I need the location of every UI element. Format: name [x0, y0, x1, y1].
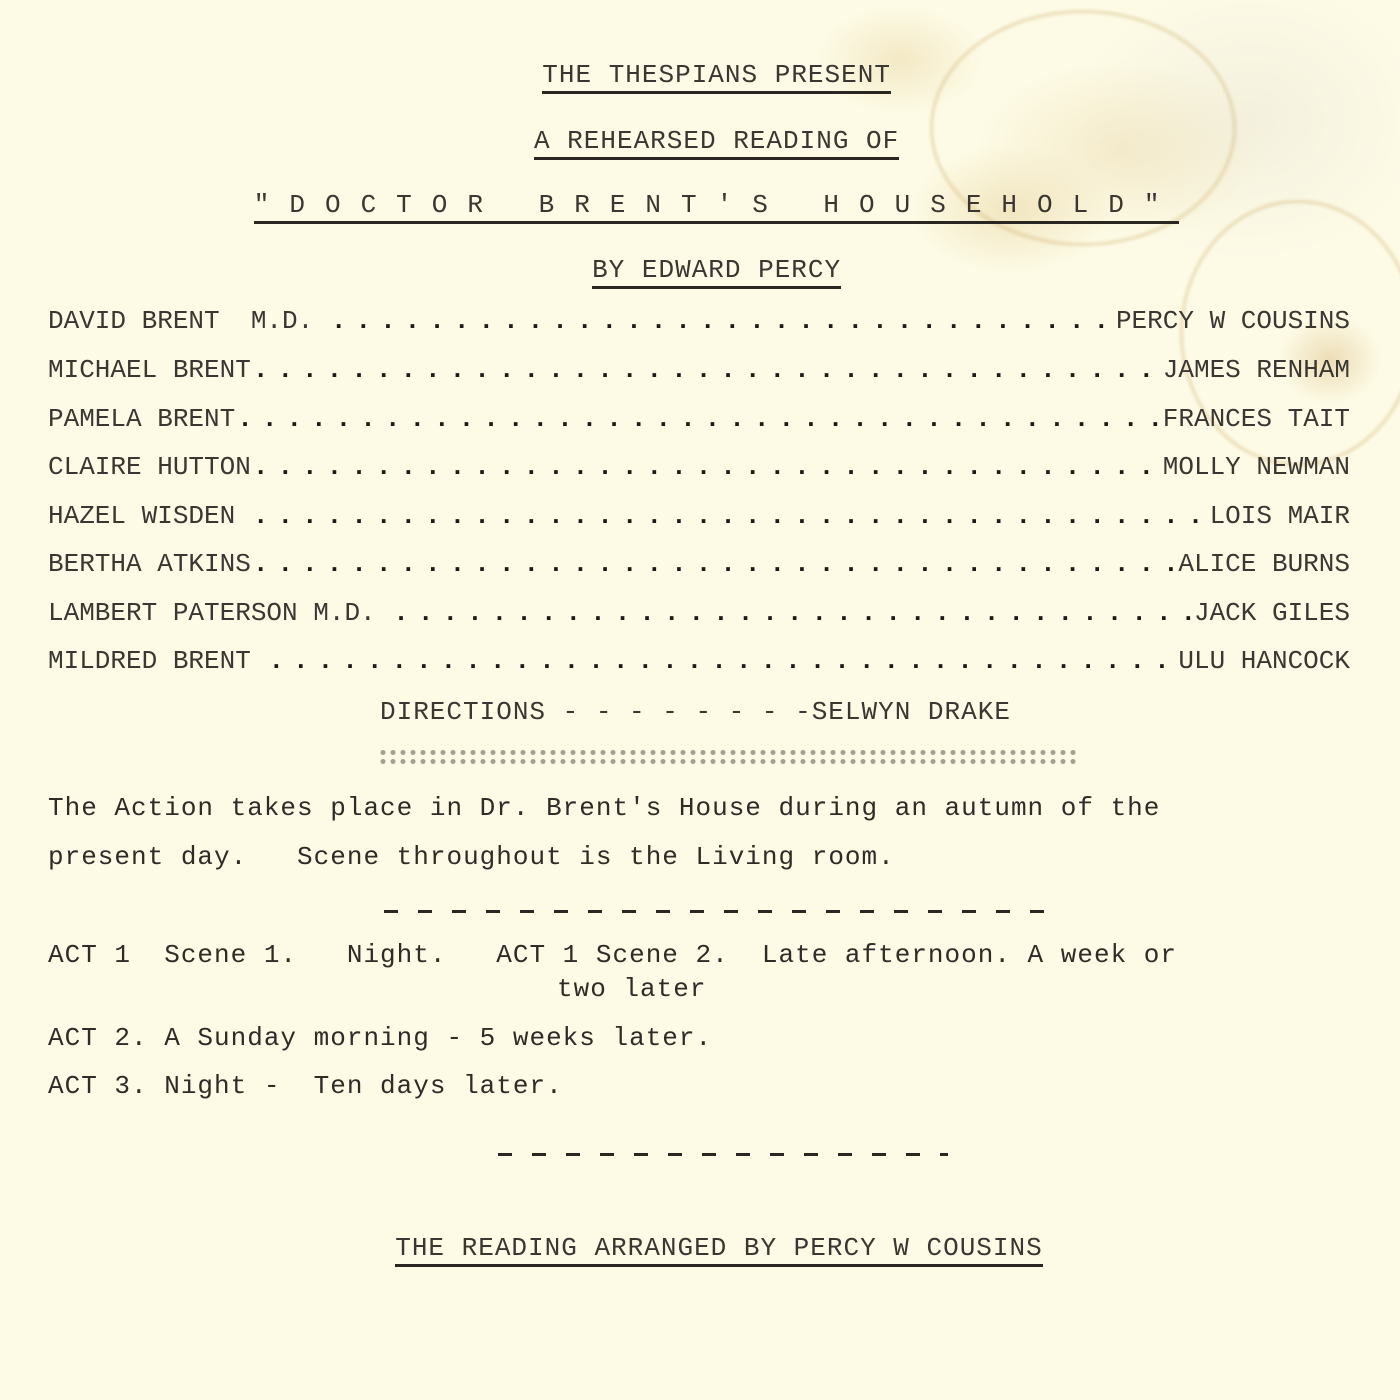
actor-name: JAMES RENHAM [1163, 355, 1350, 385]
credit-line: THE READING ARRANGED BY PERCY W COUSINS [362, 1203, 1043, 1267]
dot-leader: ........................................… [268, 646, 1176, 676]
directions-label: DIRECTIONS [380, 697, 546, 727]
subtitle-heading: A REHEARSED READING OF [534, 128, 899, 160]
presenter-heading: THE THESPIANS PRESENT [542, 62, 891, 94]
actor-name: FRANCES TAIT [1163, 404, 1350, 434]
play-title: "DOCTOR BRENT'S HOUSEHOLD" [254, 192, 1180, 224]
actor-name: MOLLY NEWMAN [1163, 452, 1350, 482]
cast-row: MICHAEL BRENT ..........................… [48, 355, 1350, 389]
role-name: PAMELA BRENT [48, 404, 235, 434]
role-name: CLAIRE HUTTON [48, 452, 251, 482]
cast-row: CLAIRE HUTTON ..........................… [48, 452, 1350, 486]
actor-name: ULU HANCOCK [1178, 646, 1350, 676]
role-name: MILDRED BRENT [48, 646, 266, 676]
director-name: SELWYN DRAKE [812, 697, 1011, 727]
dot-leader: ........................................… [237, 404, 1161, 434]
presenter-line: THE THESPIANS PRESENT [0, 30, 1400, 94]
dot-leader: ........................................… [253, 501, 1208, 531]
cast-row: LAMBERT PATERSON M.D. ..................… [48, 598, 1350, 632]
setting-line-1: The Action takes place in Dr. Brent's Ho… [48, 793, 1160, 823]
role-name: MICHAEL BRENT [48, 355, 251, 385]
setting-line-2: present day. Scene throughout is the Liv… [48, 842, 895, 872]
cast-row: PAMELA BRENT ...........................… [48, 404, 1350, 438]
role-name: DAVID BRENT M.D. [48, 306, 329, 336]
actor-name: PERCY W COUSINS [1116, 306, 1350, 336]
dashed-divider [498, 1153, 948, 1156]
role-name: BERTHA ATKINS [48, 549, 251, 579]
act2-line: ACT 2. A Sunday morning - 5 weeks later. [48, 1023, 712, 1053]
actor-name: LOIS MAIR [1210, 501, 1350, 531]
author-line: BY EDWARD PERCY [0, 225, 1400, 289]
cast-row: HAZEL WISDEN ...........................… [48, 501, 1350, 535]
play-title-line: "DOCTOR BRENT'S HOUSEHOLD" [0, 160, 1400, 224]
dot-leader: ........................................… [253, 452, 1161, 482]
actor-name: JACK GILES [1194, 598, 1350, 628]
act1-continuation: two later [557, 974, 706, 1004]
act3-line: ACT 3. Night - Ten days later. [48, 1071, 563, 1101]
directions-line: DIRECTIONS - - - - - - - -SELWYN DRAKE [380, 697, 1011, 727]
actor-name: ALICE BURNS [1178, 549, 1350, 579]
dot-leader: ........................................… [393, 598, 1192, 628]
arranged-by-credit: THE READING ARRANGED BY PERCY W COUSINS [395, 1235, 1043, 1267]
dot-leader: ........................................… [253, 355, 1161, 385]
dashed-divider [384, 910, 1064, 913]
cast-row: DAVID BRENT M.D. .......................… [48, 306, 1350, 340]
cast-row: BERTHA ATKINS ..........................… [48, 549, 1350, 583]
act1-line: ACT 1 Scene 1. Night. ACT 1 Scene 2. Lat… [48, 940, 1177, 970]
role-name: LAMBERT PATERSON M.D. [48, 598, 391, 628]
directions-separator: - - - - - - - [546, 697, 778, 727]
dot-leader: ........................................… [253, 549, 1177, 579]
role-name: HAZEL WISDEN [48, 501, 251, 531]
ornamental-divider [378, 748, 1078, 766]
cast-row: MILDRED BRENT ..........................… [48, 646, 1350, 680]
dot-leader: ........................................… [331, 306, 1114, 336]
subtitle-line: A REHEARSED READING OF [0, 96, 1400, 160]
author-heading: BY EDWARD PERCY [592, 257, 841, 289]
